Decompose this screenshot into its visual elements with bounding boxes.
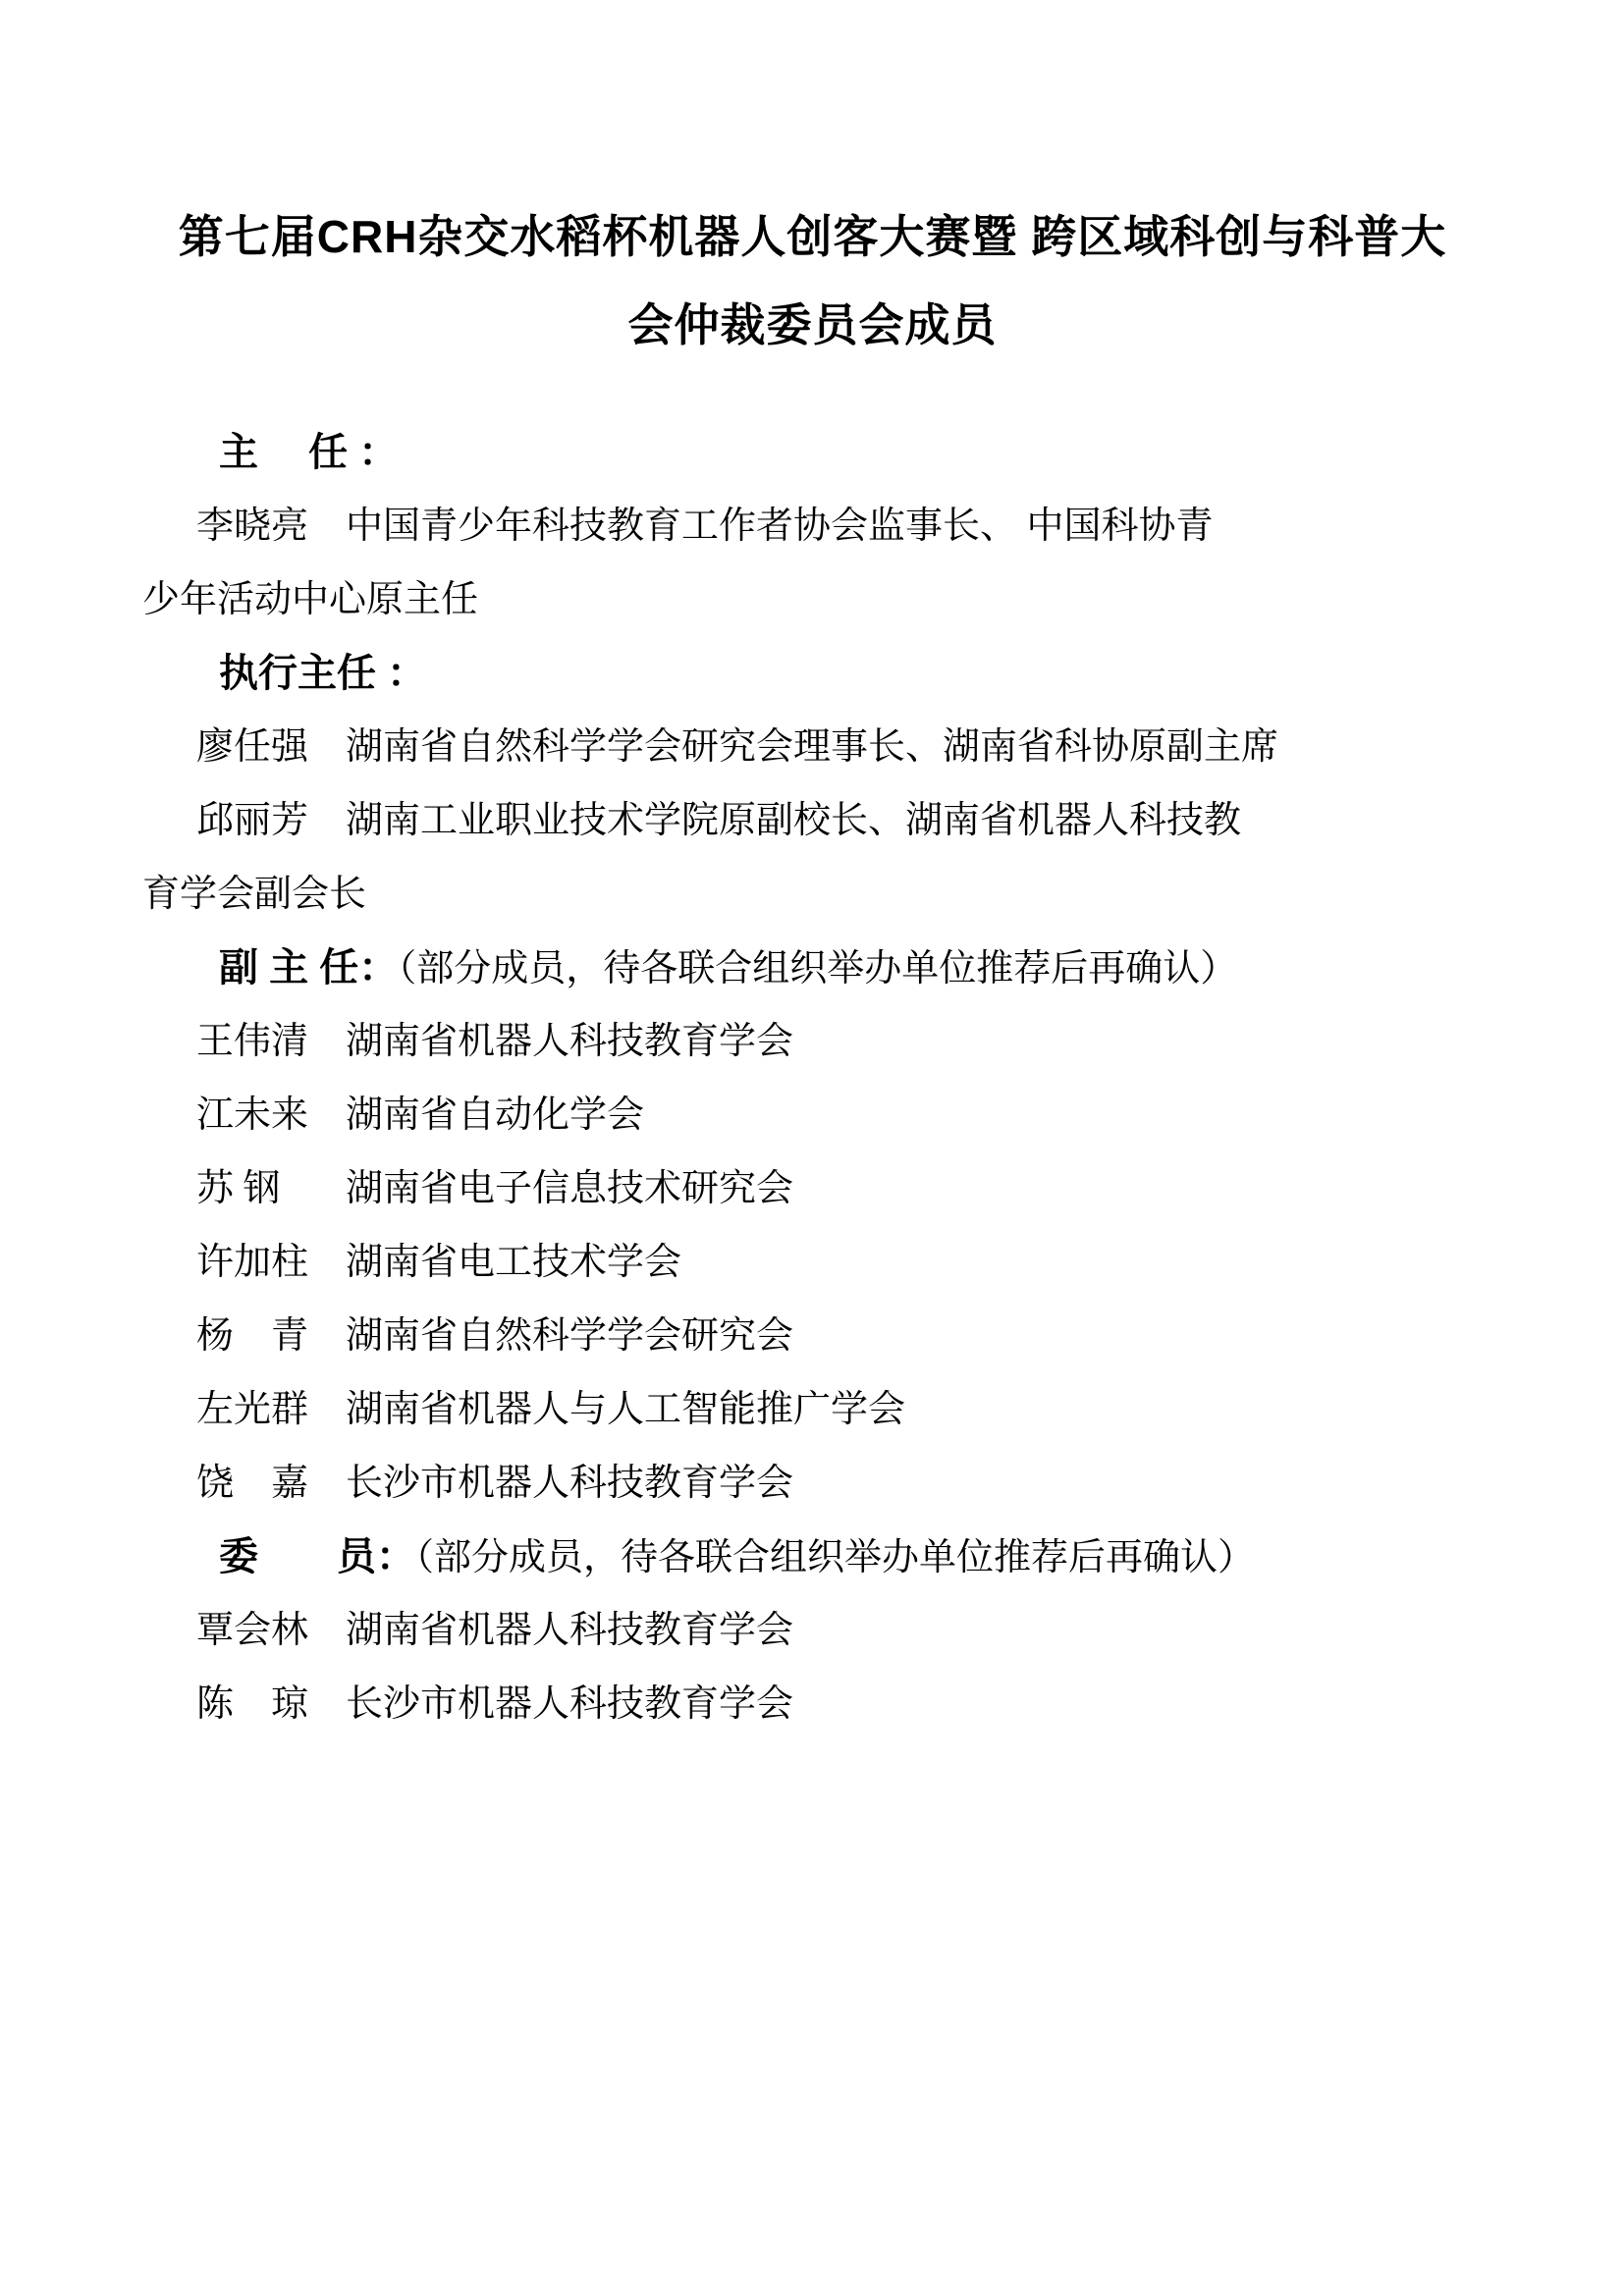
pending-note: （部分成员，待各联合组织举办单位推荐后再确认） <box>415 1537 1255 1578</box>
member-org: 湖南省自然科学学会研究会理事长、湖南省科协原副主席 <box>346 726 1278 768</box>
member-org: 湖南省自然科学学会研究会 <box>346 1315 793 1357</box>
member-name: 王伟清 <box>196 1005 346 1079</box>
document-content: 第七届CRH杂交水稻杯机器人创客大赛暨 跨区域科创与科普大 会仲裁委员会成员 主… <box>0 0 1624 1741</box>
member-org: 长沙市机器人科技教育学会 <box>346 1463 793 1504</box>
exec-director-row: 廖任强湖南省自然科学学会研究会理事长、湖南省科协原副主席 <box>142 711 1483 784</box>
deputy-director-row: 饶 嘉长沙市机器人科技教育学会 <box>142 1447 1483 1521</box>
member-name: 苏 钢 <box>196 1152 346 1226</box>
document-title: 第七届CRH杂交水稻杯机器人创客大赛暨 跨区域科创与科普大 会仲裁委员会成员 <box>142 192 1483 369</box>
heading-director: 主 任 ： <box>142 416 1483 490</box>
member-row: 覃会林湖南省机器人科技教育学会 <box>142 1594 1483 1668</box>
member-org: 湖南省电工技术学会 <box>346 1242 681 1283</box>
pending-note: （部分成员，待各联合组织举办单位推荐后再确认） <box>398 948 1237 989</box>
deputy-director-row: 左光群湖南省机器人与人工智能推广学会 <box>142 1373 1483 1447</box>
deputy-director-row: 江未来湖南省自动化学会 <box>142 1079 1483 1152</box>
heading-member-label: 委 员： <box>219 1535 415 1578</box>
heading-member: 委 员：（部分成员，待各联合组织举办单位推荐后再确认） <box>142 1521 1483 1594</box>
member-org: 湖南省自动化学会 <box>346 1095 644 1136</box>
member-name: 覃会林 <box>196 1594 346 1668</box>
deputy-director-row: 许加柱湖南省电工技术学会 <box>142 1226 1483 1300</box>
title-line-1: 第七届CRH杂交水稻杯机器人创客大赛暨 跨区域科创与科普大 <box>142 192 1483 281</box>
member-name: 李晓亮 <box>196 490 346 563</box>
member-name: 廖任强 <box>196 711 346 784</box>
heading-exec-director: 执行主任 ： <box>142 637 1483 711</box>
title-line-2: 会仲裁委员会成员 <box>142 281 1483 369</box>
member-name: 许加柱 <box>196 1226 346 1300</box>
deputy-director-row: 杨 青湖南省自然科学学会研究会 <box>142 1300 1483 1373</box>
document-body: 主 任 ： 李晓亮中国青少年科技教育工作者协会监事长、 中国科协青 少年活动中心… <box>142 416 1483 1741</box>
heading-exec-director-label: 执行主任 ： <box>219 652 426 695</box>
director-row: 李晓亮中国青少年科技教育工作者协会监事长、 中国科协青 <box>142 490 1483 563</box>
member-org: 湖南省电子信息技术研究会 <box>346 1168 793 1209</box>
exec-director-row-continuation: 育学会副会长 <box>142 858 1483 932</box>
heading-director-label: 主 任 ： <box>219 431 398 474</box>
member-org: 湖南省机器人科技教育学会 <box>346 1021 793 1062</box>
exec-director-row: 邱丽芳湖南工业职业技术学院原副校长、湖南省机器人科技教 <box>142 784 1483 858</box>
member-org: 湖南工业职业技术学院原副校长、湖南省机器人科技教 <box>346 800 1241 841</box>
member-name: 邱丽芳 <box>196 784 346 858</box>
member-name: 杨 青 <box>196 1300 346 1373</box>
heading-deputy-director-label: 副 主 任： <box>219 946 398 989</box>
deputy-director-row: 王伟清湖南省机器人科技教育学会 <box>142 1005 1483 1079</box>
deputy-director-row: 苏 钢湖南省电子信息技术研究会 <box>142 1152 1483 1226</box>
member-row: 陈 琼长沙市机器人科技教育学会 <box>142 1668 1483 1741</box>
member-name: 饶 嘉 <box>196 1447 346 1521</box>
member-org: 湖南省机器人与人工智能推广学会 <box>346 1389 905 1430</box>
member-org: 中国青少年科技教育工作者协会监事长、 中国科协青 <box>346 506 1214 547</box>
member-name: 陈 琼 <box>196 1668 346 1741</box>
document-page: 第七届CRH杂交水稻杯机器人创客大赛暨 跨区域科创与科普大 会仲裁委员会成员 主… <box>0 0 1624 2296</box>
director-row-continuation: 少年活动中心原主任 <box>142 563 1483 637</box>
member-name: 左光群 <box>196 1373 346 1447</box>
heading-deputy-director: 副 主 任：（部分成员，待各联合组织举办单位推荐后再确认） <box>142 932 1483 1005</box>
member-name: 江未来 <box>196 1079 346 1152</box>
member-org: 长沙市机器人科技教育学会 <box>346 1683 793 1725</box>
member-org: 湖南省机器人科技教育学会 <box>346 1610 793 1651</box>
